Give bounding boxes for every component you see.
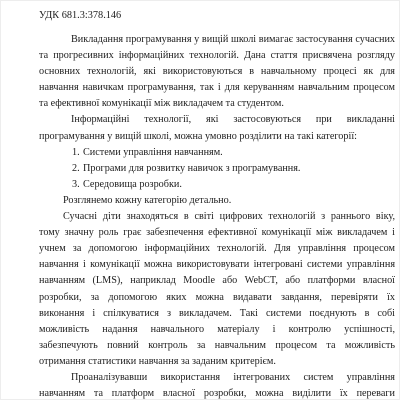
list-number: 1. — [72, 145, 83, 161]
text-line: навчанням та платформ власної розробки, … — [39, 386, 395, 400]
text-line: та прогресивних інформаційних технологій… — [39, 48, 395, 64]
text-line: навчання і комунікації можна використову… — [39, 257, 395, 273]
list-number: 2. — [72, 161, 83, 177]
body-text: Викладання програмування у вищій школі в… — [39, 32, 395, 400]
text-line: можливість надання навчального матеріалу… — [39, 322, 395, 338]
text-line: програмування у вищій школі, можна умовн… — [39, 129, 395, 145]
text-line: Проаналізувавши використання інтегровани… — [39, 370, 395, 386]
text-line: основних технологій, які використовуютьс… — [39, 64, 395, 80]
list-item-text: Програми для розвитку навичок з програму… — [83, 163, 300, 174]
text-line: учнем за допомогою інформаційних техноло… — [39, 241, 395, 257]
text-line: виконання і спілкуватися з викладачем. Т… — [39, 306, 395, 322]
list-item: 3.Середовища розробки. — [39, 177, 395, 193]
list-item: 2.Програми для розвитку навичок з програ… — [39, 161, 395, 177]
text-line: Розглянемо кожну категорію детально. — [39, 193, 395, 209]
text-line: Інформаційні технології, які застосовуют… — [39, 112, 395, 128]
page-content: УДК 681.3:378.146 Викладання програмуван… — [39, 8, 395, 400]
list-item: 1.Системи управління навчанням. — [39, 145, 395, 161]
list-item-text: Середовища розробки. — [83, 179, 182, 190]
text-line: навчанням (LMS), наприклад Moodle або We… — [39, 273, 395, 289]
text-line: тому значну роль грає забезпечення ефект… — [39, 225, 395, 241]
document-page: УДК 681.3:378.146 Викладання програмуван… — [0, 0, 400, 400]
text-line: Сучасні діти знаходяться в світі цифрови… — [39, 209, 395, 225]
text-line: Викладання програмування у вищій школі в… — [39, 32, 395, 48]
text-line: забезпечують повний контроль за навчальн… — [39, 338, 395, 354]
text-line: навчання навичкам програмування, так і д… — [39, 80, 395, 96]
text-line: та ефективної комунікації між викладачем… — [39, 96, 395, 112]
text-line: розробки, за допомогою яких можна видава… — [39, 290, 395, 306]
udc-number: УДК 681.3:378.146 — [39, 8, 395, 24]
text-line: отримання статистики навчання за заданим… — [39, 354, 395, 370]
list-item-text: Системи управління навчанням. — [83, 147, 223, 158]
list-number: 3. — [72, 177, 83, 193]
